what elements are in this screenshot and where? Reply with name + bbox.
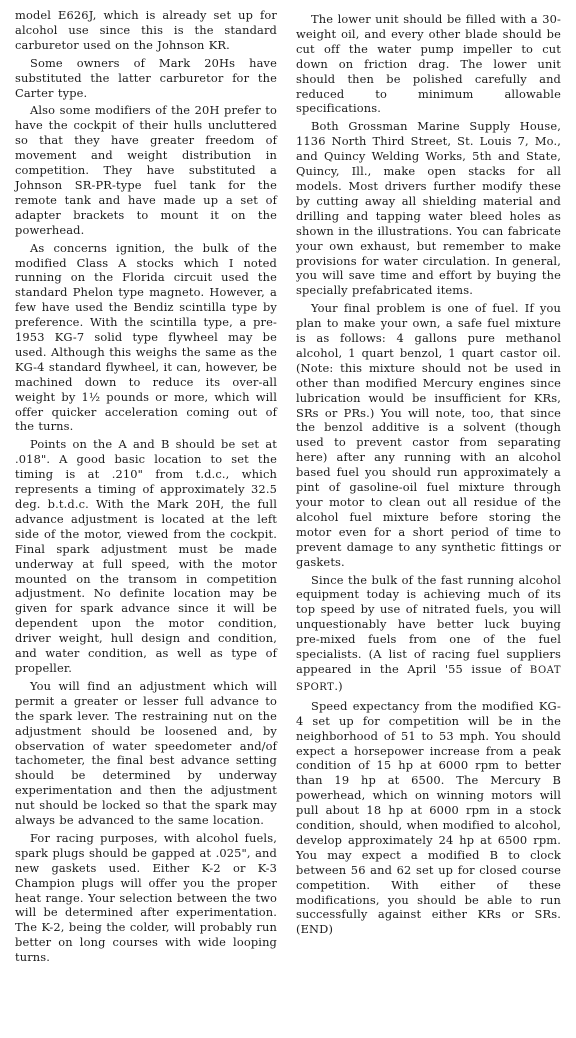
paragraph-open-stacks: Both Grossman Marine Supply House, 1136 … [296, 119, 561, 298]
nitrated-fuels-text-end: .) [334, 679, 342, 693]
paragraph-lower-unit: The lower unit should be filled with a 3… [296, 12, 561, 116]
paragraph-nitrated-fuels: Since the bulk of the fast running alcoh… [296, 573, 561, 696]
paragraph-points-timing: Points on the A and B should be set at .… [15, 437, 277, 676]
left-column: model E626J, which is already set up for… [15, 8, 277, 968]
nitrated-fuels-text: Since the bulk of the fast running alcoh… [296, 573, 561, 676]
paragraph-carburetor-model: model E626J, which is already set up for… [15, 8, 277, 53]
right-column: The lower unit should be filled with a 3… [296, 12, 561, 940]
paragraph-mark-20h-owners: Some owners of Mark 20Hs have substitute… [15, 56, 277, 101]
paragraph-cockpit-modifiers: Also some modifiers of the 20H prefer to… [15, 103, 277, 237]
paragraph-speed-expectancy: Speed expectancy from the modified KG-4 … [296, 699, 561, 938]
paragraph-spark-adjustment: You will find an adjustment which will p… [15, 679, 277, 828]
magazine-page: model E626J, which is already set up for… [0, 0, 576, 1038]
paragraph-ignition: As concerns ignition, the bulk of the mo… [15, 241, 277, 435]
paragraph-fuel-mixture: Your final problem is one of fuel. If yo… [296, 301, 561, 569]
paragraph-spark-plugs: For racing purposes, with alcohol fuels,… [15, 831, 277, 965]
